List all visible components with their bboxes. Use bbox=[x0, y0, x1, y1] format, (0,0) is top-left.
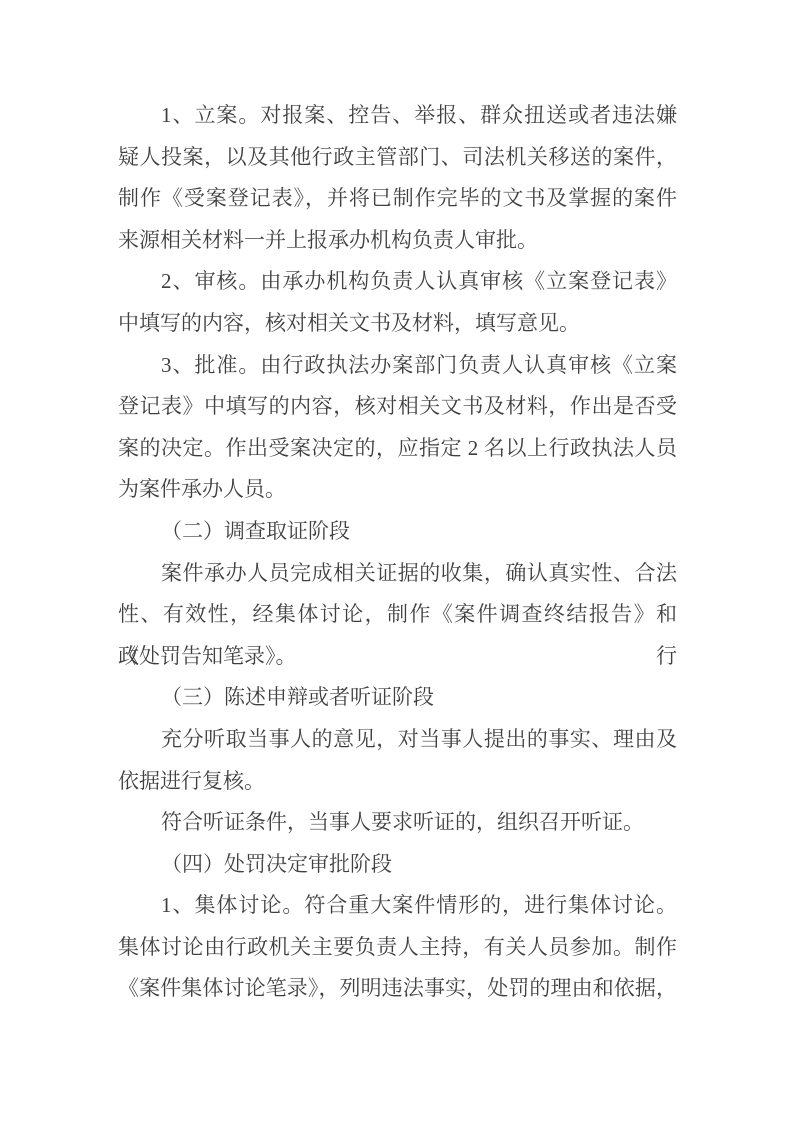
text-line: 充分听取当事人的意见，对当事人提出的事实、理由及 bbox=[118, 719, 677, 761]
text-line: 《案件集体讨论笔录》，列明违法事实，处罚的理由和依据， bbox=[118, 968, 677, 1010]
text-line: 依据进行复核。 bbox=[118, 761, 677, 803]
text-line: 登记表》中填写的内容，核对相关文书及材料，作出是否受 bbox=[118, 386, 677, 428]
text-line: 符合听证条件，当事人要求听证的，组织召开听证。 bbox=[118, 802, 677, 844]
section-heading: （四）处罚决定审批阶段 bbox=[118, 844, 677, 886]
text-line: 性、有效性，经集体讨论，制作《案件调查终结报告》和《行 bbox=[118, 594, 677, 636]
text-line: 疑人投案，以及其他行政主管部门、司法机关移送的案件， bbox=[118, 137, 677, 179]
document-body: 1、立案。对报案、控告、举报、群众扭送或者违法嫌 疑人投案，以及其他行政主管部门… bbox=[118, 95, 677, 1010]
text-line: 中填写的内容，核对相关文书及材料，填写意见。 bbox=[118, 303, 677, 345]
text-line: 集体讨论由行政机关主要负责人主持，有关人员参加。制作 bbox=[118, 927, 677, 969]
text-line: 1、集体讨论。符合重大案件情形的，进行集体讨论。 bbox=[118, 885, 677, 927]
text-line: 制作《受案登记表》，并将已制作完毕的文书及掌握的案件 bbox=[118, 178, 677, 220]
text-line: 来源相关材料一并上报承办机构负责人审批。 bbox=[118, 220, 677, 262]
text-line: 1、立案。对报案、控告、举报、群众扭送或者违法嫌 bbox=[118, 95, 677, 137]
text-line: 案件承办人员完成相关证据的收集，确认真实性、合法 bbox=[118, 553, 677, 595]
section-heading: （三）陈述申辩或者听证阶段 bbox=[118, 677, 677, 719]
text-line: 3、批准。由行政执法办案部门负责人认真审核《立案 bbox=[118, 345, 677, 387]
text-line: 案的决定。作出受案决定的，应指定 2 名以上行政执法人员 bbox=[118, 428, 677, 470]
text-line: 为案件承办人员。 bbox=[118, 469, 677, 511]
document-page: 1、立案。对报案、控告、举报、群众扭送或者违法嫌 疑人投案，以及其他行政主管部门… bbox=[0, 0, 793, 1122]
section-heading: （二）调查取证阶段 bbox=[118, 511, 677, 553]
text-line: 2、审核。由承办机构负责人认真审核《立案登记表》 bbox=[118, 261, 677, 303]
